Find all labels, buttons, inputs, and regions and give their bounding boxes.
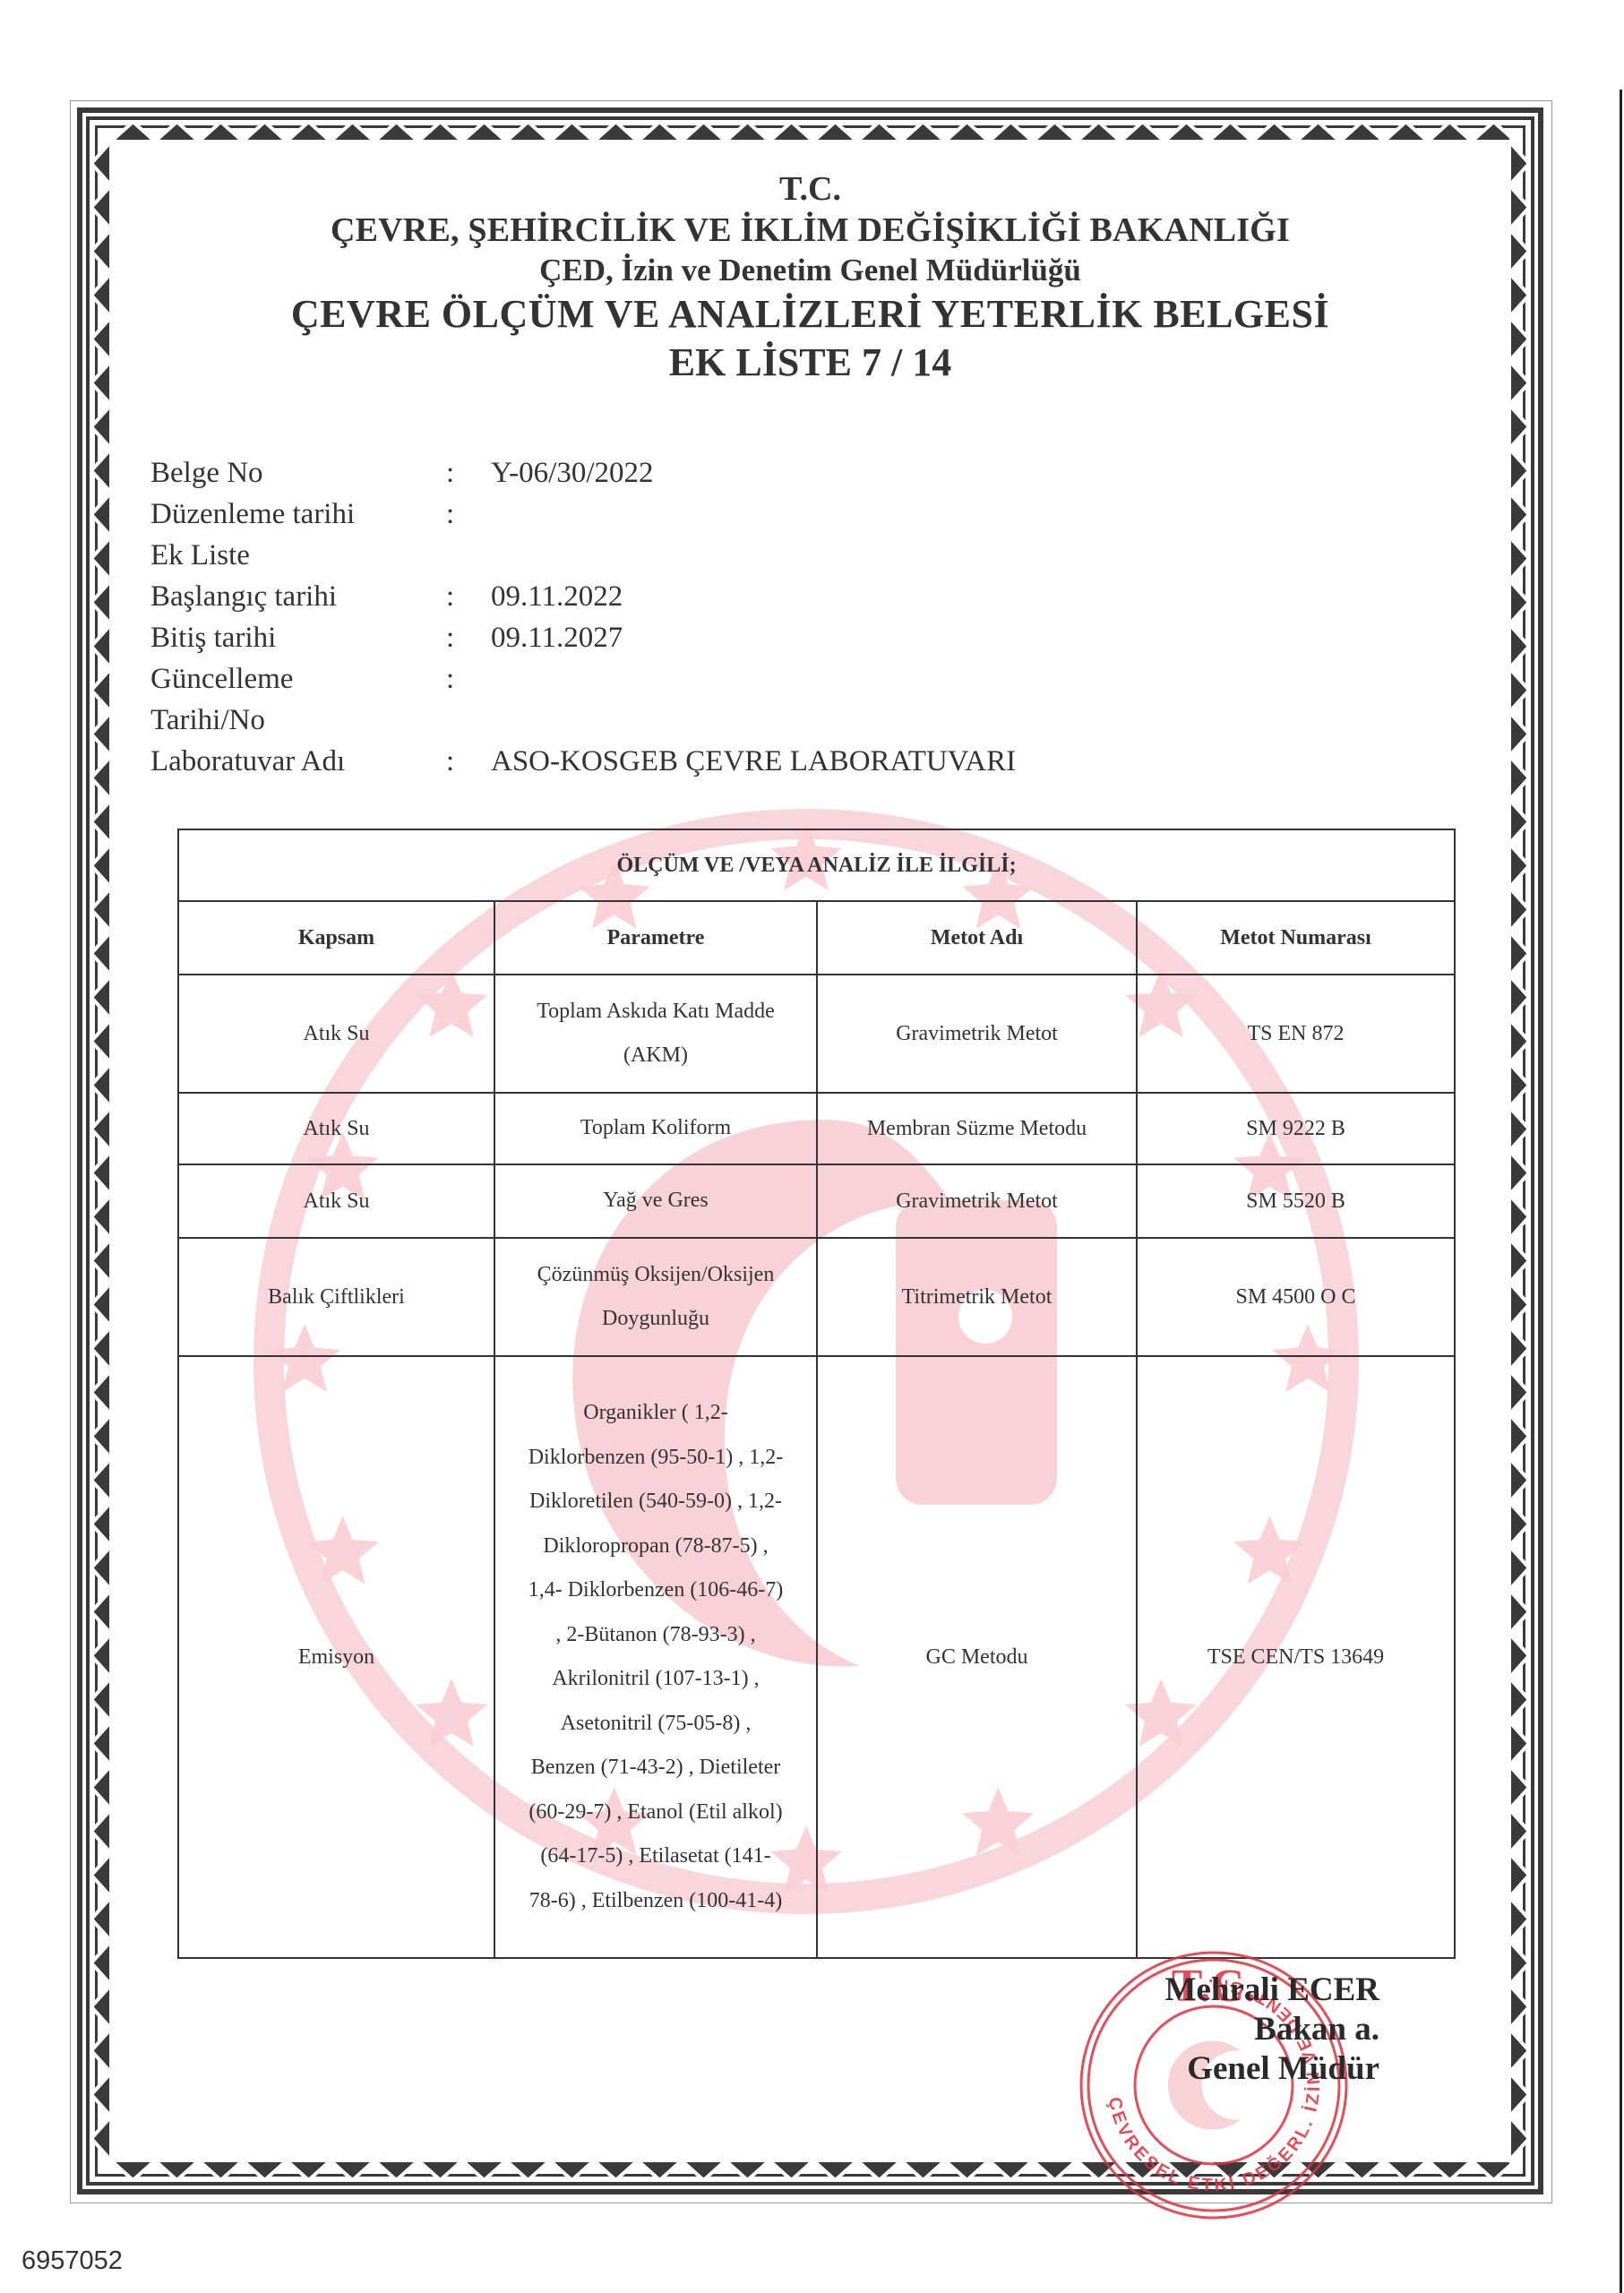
info-label: Laboratuvar Adı — [150, 741, 345, 782]
cell-metot-adi: Gravimetrik Metot — [817, 975, 1137, 1093]
border-zigzag-top — [111, 122, 1509, 142]
info-label: Belge No — [150, 452, 263, 494]
border-zigzag-right — [1509, 142, 1529, 2160]
cell-metot-no: TSE CEN/TS 13649 — [1137, 1356, 1455, 1958]
info-value: Y-06/30/2022 — [491, 452, 654, 494]
table-row: Emisyon Organikler ( 1,2-Diklorbenzen (9… — [178, 1356, 1455, 1958]
info-label: Ek Liste — [150, 535, 250, 576]
cell-parametre: Toplam Koliform — [494, 1093, 817, 1164]
parameter-line: , 2-Bütanon (78-93-3) , — [504, 1613, 807, 1658]
scan-edge-line — [1620, 90, 1622, 2293]
info-label: Düzenleme tarihi — [150, 494, 355, 535]
parameter-line: Çözünmüş Oksijen/Oksijen — [504, 1253, 807, 1298]
parameter-line: (60-29-7) , Etanol (Etil alkol) — [504, 1791, 807, 1835]
cell-kapsam: Atık Su — [178, 1164, 494, 1238]
document-number: 6957052 — [21, 2246, 123, 2276]
header-ministry: ÇEVRE, ŞEHİRCİLİK VE İKLİM DEĞİŞİKLİĞİ B… — [111, 210, 1509, 251]
header-tc: T.C. — [111, 168, 1509, 210]
info-colon: : — [446, 452, 454, 494]
parameter-line: 1,4- Diklorbenzen (106-46-7) — [504, 1568, 807, 1613]
border-zigzag-left — [91, 142, 111, 2160]
parameter-line: Toplam Askıda Katı Madde — [504, 990, 807, 1035]
header-certificate-title: ÇEVRE ÖLÇÜM VE ANALİZLERİ YETERLİK BELGE… — [111, 290, 1509, 339]
info-colon: : — [446, 494, 454, 535]
info-label: Başlangıç tarihi — [150, 576, 337, 617]
cell-kapsam: Emisyon — [178, 1356, 494, 1958]
cell-metot-adi: Membran Süzme Metodu — [817, 1093, 1137, 1164]
table-row: Atık Su Yağ ve Gres Gravimetrik Metot SM… — [178, 1164, 1455, 1238]
parameter-line: Organikler ( 1,2- — [504, 1391, 807, 1436]
info-label: Tarihi/No — [150, 700, 265, 741]
parameter-lines: Organikler ( 1,2-Diklorbenzen (95-50-1) … — [504, 1391, 807, 1923]
header-directorate: ÇED, İzin ve Denetim Genel Müdürlüğü — [111, 251, 1509, 290]
parameter-line: Yağ ve Gres — [504, 1179, 807, 1224]
cell-metot-adi: GC Metodu — [817, 1356, 1137, 1958]
parameter-line: Doygunluğu — [504, 1297, 807, 1342]
column-header-metot-adi: Metot Adı — [817, 901, 1137, 975]
document-header: T.C. ÇEVRE, ŞEHİRCİLİK VE İKLİM DEĞİŞİKL… — [111, 168, 1509, 387]
parameter-lines: Çözünmüş Oksijen/OksijenDoygunluğu — [504, 1253, 807, 1342]
table-header-row: Kapsam Parametre Metot Adı Metot Numaras… — [178, 901, 1455, 975]
info-label: Güncelleme — [150, 658, 293, 700]
info-value: 09.11.2022 — [491, 576, 623, 617]
cell-parametre: Yağ ve Gres — [494, 1164, 817, 1238]
signature-block: Mehrali ECER Bakan a. Genel Müdür — [1066, 1971, 1379, 2089]
table-title-row: ÖLÇÜM VE /VEYA ANALİZ İLE İLGİLİ; — [178, 829, 1455, 901]
info-colon: : — [446, 741, 454, 782]
cell-metot-no: TS EN 872 — [1137, 975, 1455, 1093]
parameter-lines: Yağ ve Gres — [504, 1179, 807, 1224]
cell-metot-adi: Titrimetrik Metot — [817, 1238, 1137, 1356]
cell-parametre: Organikler ( 1,2-Diklorbenzen (95-50-1) … — [494, 1356, 817, 1958]
table-row: Atık Su Toplam Askıda Katı Madde(AKM) Gr… — [178, 975, 1455, 1093]
parameter-line: Benzen (71-43-2) , Dietileter — [504, 1746, 807, 1791]
info-value: ASO-KOSGEB ÇEVRE LABORATUVARI — [491, 741, 1016, 782]
table-title: ÖLÇÜM VE /VEYA ANALİZ İLE İLGİLİ; — [178, 829, 1455, 901]
cell-metot-adi: Gravimetrik Metot — [817, 1164, 1137, 1238]
parameter-line: (64-17-5) , Etilasetat (141- — [504, 1834, 807, 1879]
info-value: 09.11.2027 — [491, 617, 623, 658]
parameter-line: 78-6) , Etilbenzen (100-41-4) — [504, 1879, 807, 1924]
parameter-line: Asetonitril (75-05-8) , — [504, 1702, 807, 1747]
table-row: Balık Çiftlikleri Çözünmüş Oksijen/Oksij… — [178, 1238, 1455, 1356]
cell-metot-no: SM 9222 B — [1137, 1093, 1455, 1164]
column-header-kapsam: Kapsam — [178, 901, 494, 975]
cell-kapsam: Atık Su — [178, 1093, 494, 1164]
signatory-title: Genel Müdür — [1066, 2049, 1379, 2089]
parameter-line: Akrilonitril (107-13-1) , — [504, 1657, 807, 1702]
info-colon: : — [446, 658, 454, 700]
cell-parametre: Çözünmüş Oksijen/OksijenDoygunluğu — [494, 1238, 817, 1356]
cell-metot-no: SM 4500 O C — [1137, 1238, 1455, 1356]
signatory-on-behalf: Bakan a. — [1066, 2010, 1379, 2049]
parameter-line: Dikloropropan (78-87-5) , — [504, 1524, 807, 1569]
parameter-lines: Toplam Askıda Katı Madde(AKM) — [504, 990, 807, 1078]
info-label: Bitiş tarihi — [150, 617, 276, 658]
cell-kapsam: Balık Çiftlikleri — [178, 1238, 494, 1356]
parameter-lines: Toplam Koliform — [504, 1106, 807, 1151]
info-colon: : — [446, 617, 454, 658]
column-header-parametre: Parametre — [494, 901, 817, 975]
parameter-line: Diklorbenzen (95-50-1) , 1,2- — [504, 1436, 807, 1481]
header-annex-list: EK LİSTE 7 / 14 — [111, 339, 1509, 387]
cell-parametre: Toplam Askıda Katı Madde(AKM) — [494, 975, 817, 1093]
info-colon: : — [446, 576, 454, 617]
signatory-name: Mehrali ECER — [1066, 1971, 1379, 2010]
table-row: Atık Su Toplam Koliform Membran Süzme Me… — [178, 1093, 1455, 1164]
column-header-metot-numarasi: Metot Numarası — [1137, 901, 1455, 975]
scope-table: ÖLÇÜM VE /VEYA ANALİZ İLE İLGİLİ; Kapsam… — [177, 829, 1456, 1959]
parameter-line: (AKM) — [504, 1034, 807, 1078]
cell-metot-no: SM 5520 B — [1137, 1164, 1455, 1238]
parameter-line: Toplam Koliform — [504, 1106, 807, 1151]
parameter-line: Dikloretilen (540-59-0) , 1,2- — [504, 1480, 807, 1524]
border-zigzag-bottom — [111, 2160, 1509, 2180]
cell-kapsam: Atık Su — [178, 975, 494, 1093]
